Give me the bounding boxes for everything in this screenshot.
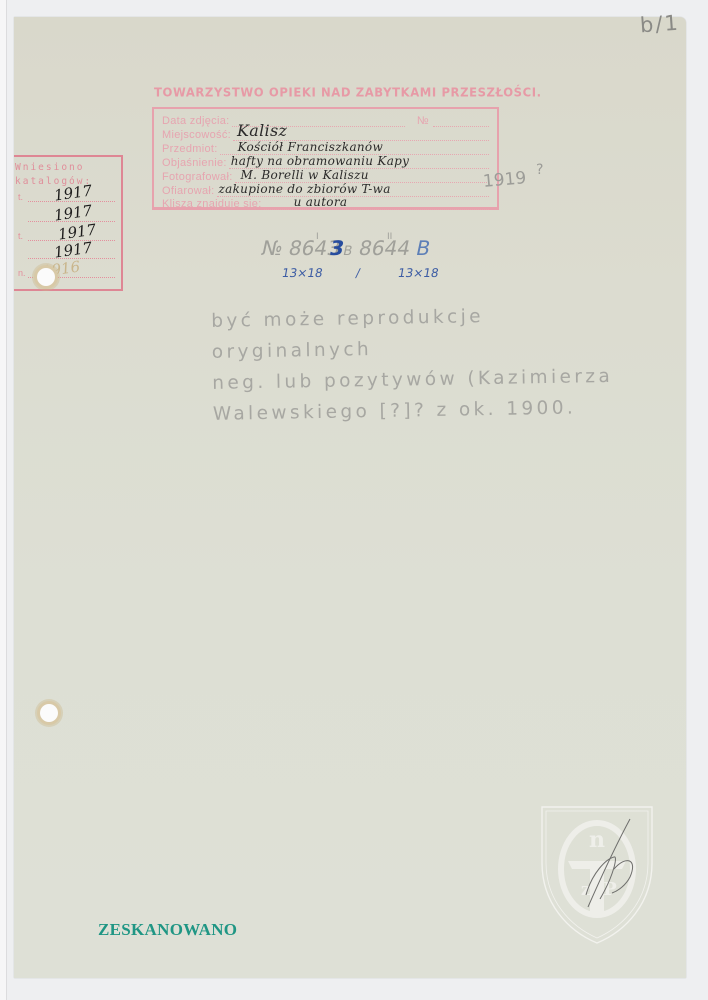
field-label: Klisza znajduje się:	[162, 198, 262, 210]
scan-background-edge	[0, 0, 7, 1000]
number-value	[433, 114, 489, 127]
punch-hole	[37, 268, 55, 286]
scanned-stamp: ZESKANOWANO	[98, 920, 237, 940]
field-subject: Przedmiot: Kościół Franciszkanów	[162, 141, 489, 155]
field-locality: Miejscowość: Kalisz	[162, 127, 489, 141]
inventory-separator: B	[342, 244, 354, 259]
catalog-row: n. 1916	[18, 268, 115, 280]
number-label: №	[417, 115, 429, 127]
inventory-prefix: №	[259, 236, 285, 260]
signature-mark-icon	[572, 815, 652, 915]
field-label: Miejscowość:	[162, 129, 231, 141]
pencil-year: 1919	[482, 168, 527, 192]
catalog-stamp-box: Wniesiono katalogów: t. 1917 1917 t. 191…	[14, 155, 123, 291]
field-negative-location: Klisza znajduje się: u autora	[162, 196, 489, 210]
field-value: Kalisz	[237, 121, 287, 140]
society-stamp-box: Data zdjęcia: № Miejscowość: Kalisz Prze…	[152, 107, 499, 210]
plate-size-2: 13×18	[397, 266, 440, 280]
society-stamp-title: TOWARZYSTWO OPIEKI NAD ZABYTKAMI PRZESZŁ…	[154, 84, 542, 99]
field-photo-date: Data zdjęcia: №	[162, 113, 489, 127]
field-value: M. Borelli w Kaliszu	[241, 168, 369, 182]
inventory-number: № 86433B 8644 B	[259, 236, 432, 260]
plate-size-1: 13×18	[281, 266, 324, 280]
inventory-number-2: 8644	[357, 236, 413, 260]
field-value: hafty na obramowaniu Kapy	[231, 154, 409, 168]
punch-hole	[40, 704, 58, 722]
shelf-mark: b/1	[639, 11, 680, 38]
field-label: Przedmiot:	[162, 143, 218, 155]
catalog-row: t. 1917	[18, 192, 115, 204]
catalog-row: 1917	[18, 212, 115, 224]
pencil-annotation: być może reprodukcje oryginalnych neg. l…	[211, 298, 653, 430]
catalog-heading-1: Wniesiono	[15, 162, 84, 173]
field-value: zakupione do zbiorów T-wa	[219, 182, 391, 196]
field-photographer: Fotografował: M. Borelli w Kaliszu	[162, 169, 489, 183]
field-value: Kościół Franciszkanów	[238, 140, 383, 154]
field-label: Objaśnienie:	[162, 157, 227, 169]
pencil-question-mark: ?	[536, 162, 543, 178]
field-value: u autora	[294, 195, 348, 209]
field-description: Objaśnienie: hafty na obramowaniu Kapy	[162, 155, 489, 169]
field-label: Data zdjęcia:	[162, 115, 230, 127]
